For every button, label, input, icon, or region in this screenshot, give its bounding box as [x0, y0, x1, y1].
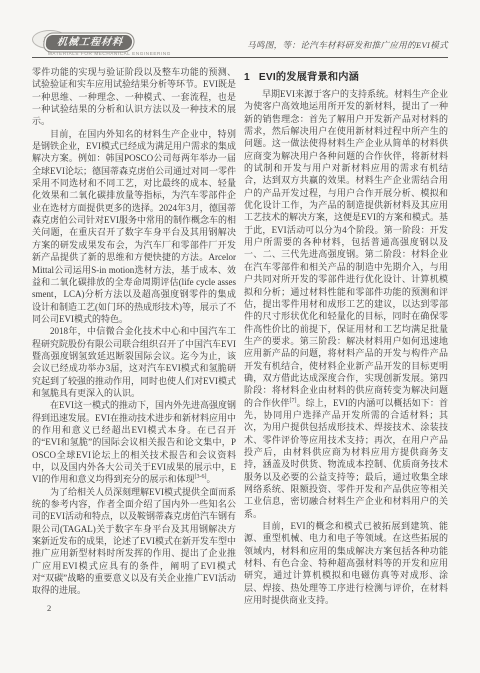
section-title: EVI的发展背景和内涵	[259, 72, 359, 83]
left-column: 零件功能的实现与验证阶段以及整车功能的预测、试验验证和实车应用试验结果分析等环节…	[32, 66, 236, 606]
paragraph-text: 。综上，EVI的内涵可以概括如下：首先，协同用户选择产品开发所需的合适材料；其次…	[244, 398, 448, 519]
journal-title-cn: 机械工程材料	[45, 35, 133, 50]
page-header: 2025 机械工程材料 MATERIALS FOR MECHANICAL ENG…	[32, 30, 448, 58]
paragraph: 零件功能的实现与验证阶段以及整车功能的预测、试验验证和实车应用试验结果分析等环节…	[32, 66, 236, 128]
header-rule	[32, 57, 448, 58]
citation-ref: [3-6]	[195, 474, 207, 480]
page-number: 2	[47, 603, 51, 613]
paragraph: 目前，EVI的概念和模式已被拓展到建筑、能源、重型机械、电力和电子等领域。在这些…	[244, 520, 448, 606]
paragraph-text: 早期EVI来源于客户的支持系统。材料生产企业为使客户高效地运用所开发的新材料，提…	[244, 89, 448, 408]
right-column: 1EVI的发展背景和内涵 早期EVI来源于客户的支持系统。材料生产企业为使客户高…	[244, 66, 448, 606]
journal-logo: 2025 机械工程材料 MATERIALS FOR MECHANICAL ENG…	[32, 30, 182, 58]
paragraph: 2018年，中信微合金化技术中心和中国汽车工程研究院股份有限公司联合组织召开了中…	[32, 325, 236, 399]
paragraph-text: 在EVI这一模式的推动下，国内外先进高强度钢得到迅速发展。EVI在推动技术进步和…	[32, 400, 236, 484]
paragraph: 在EVI这一模式的推动下，国内外先进高强度钢得到迅速发展。EVI在推动技术进步和…	[32, 399, 236, 485]
running-title: 马鸣图，等：论汽车材料研发和推广应用的EVI模式	[247, 39, 448, 51]
paragraph: 为了给相关人员深刻理解EVI模式提供全面而系统的参考内容，作者全面介绍了国内外一…	[32, 486, 236, 597]
section-number: 1	[244, 72, 250, 83]
paragraph-text: 。	[207, 474, 216, 484]
paper-page: 2025 机械工程材料 MATERIALS FOR MECHANICAL ENG…	[0, 0, 480, 673]
article-body: 零件功能的实现与验证阶段以及整车功能的预测、试验验证和实车应用试验结果分析等环节…	[32, 66, 448, 606]
paragraph: 目前，在国内外知名的材料生产企业中，特别是钢铁企业，EVI模式已经成为满足用户需…	[32, 128, 236, 326]
paragraph: 早期EVI来源于客户的支持系统。材料生产企业为使客户高效地运用所开发的新材料，提…	[244, 88, 448, 520]
journal-title-en: MATERIALS FOR MECHANICAL ENGINEERING	[48, 51, 171, 56]
section-heading: 1EVI的发展背景和内涵	[244, 68, 448, 83]
